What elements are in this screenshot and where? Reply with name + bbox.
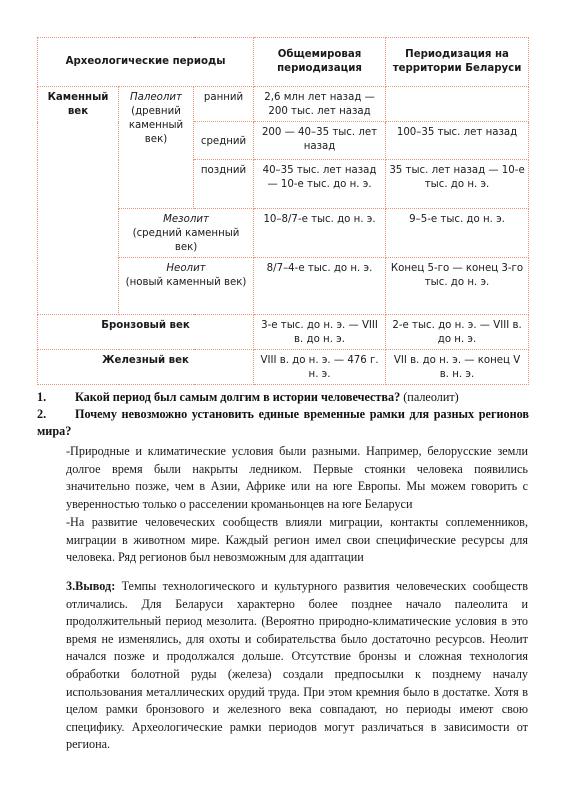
bronze-belarus: 2-е тыс. до н. э. — VIII в. до н. э. [386, 315, 529, 350]
question-2: 2.Почему невозможно установить единые вр… [37, 406, 529, 440]
neolithic-cell: Неолит (новый каменный век) [119, 258, 254, 315]
neolithic-world: 8/7–4-е тыс. до н. э. [254, 258, 386, 315]
header-belarus: Периодизация на территории Беларуси [386, 38, 529, 87]
periodization-table: Археологические периоды Общемировая пери… [37, 37, 529, 385]
conclusion-paragraph: 3.Вывод: Темпы технологического и культу… [66, 578, 528, 754]
stone-age-label: Каменный век [38, 87, 119, 315]
question-1: 1. Какой период был самым долгим в истор… [37, 389, 529, 406]
late-world: 40–35 тыс. лет назад — 10-е тыс. до н. э… [254, 160, 386, 209]
header-world: Общемировая периодизация [254, 38, 386, 87]
stage-early: ранний [194, 87, 254, 122]
table-row: Бронзовый век 3-е тыс. до н. э. — VIII в… [38, 315, 529, 350]
early-world: 2,6 млн лет назад — 200 тыс. лет назад [254, 87, 386, 122]
paleolithic-desc: (древний каменный век) [122, 105, 190, 147]
answer-paragraph-2: -На развитие человеческих сообществ влия… [66, 514, 528, 567]
middle-belarus: 100–35 тыс. лет назад [386, 122, 529, 160]
stage-late: поздний [194, 160, 254, 209]
question-list: 1. Какой период был самым долгим в истор… [37, 389, 529, 440]
mesolithic-name: Мезолит [122, 213, 250, 227]
question-number: 2. [37, 406, 75, 423]
bronze-age-label: Бронзовый век [38, 315, 254, 350]
table-header-row: Археологические периоды Общемировая пери… [38, 38, 529, 87]
mesolithic-belarus: 9–5-е тыс. до н. э. [386, 209, 529, 258]
iron-belarus: VII в. до н. э. — конец V в. н. э. [386, 350, 529, 385]
question-answer: (палеолит) [403, 390, 459, 404]
table-row: Железный век VIII в. до н. э. — 476 г. н… [38, 350, 529, 385]
neolithic-desc: (новый каменный век) [122, 276, 250, 290]
late-belarus: 35 тыс. лет назад — 10-е тыс. до н. э. [386, 160, 529, 209]
conclusion-text: Темпы технологического и культурного раз… [66, 579, 528, 751]
question-text: Почему невозможно установить единые врем… [37, 407, 529, 438]
mesolithic-desc: (средний каменный век) [122, 227, 250, 255]
paleolithic-name: Палеолит [122, 91, 190, 105]
mesolithic-cell: Мезолит (средний каменный век) [119, 209, 254, 258]
stage-middle: средний [194, 122, 254, 160]
answer-paragraph-1: -Природные и климатические условия были … [66, 443, 528, 513]
question-text: Какой период был самым долгим в истории … [75, 390, 400, 404]
mesolithic-world: 10–8/7-е тыс. до н. э. [254, 209, 386, 258]
neolithic-belarus: Конец 5-го — конец 3-го тыс. до н. э. [386, 258, 529, 315]
header-archaeological: Археологические периоды [38, 38, 254, 87]
conclusion-label: 3.Вывод: [66, 579, 115, 593]
iron-world: VIII в. до н. э. — 476 г. н. э. [254, 350, 386, 385]
middle-world: 200 — 40–35 тыс. лет назад [254, 122, 386, 160]
document-page: Археологические периоды Общемировая пери… [0, 0, 566, 800]
table-row: Каменный век Палеолит (древний каменный … [38, 87, 529, 122]
bronze-world: 3-е тыс. до н. э. — VIII в. до н. э. [254, 315, 386, 350]
neolithic-name: Неолит [122, 262, 250, 276]
paleolithic-cell: Палеолит (древний каменный век) [119, 87, 194, 209]
question-number: 1. [37, 389, 46, 406]
early-belarus [386, 87, 529, 122]
iron-age-label: Железный век [38, 350, 254, 385]
